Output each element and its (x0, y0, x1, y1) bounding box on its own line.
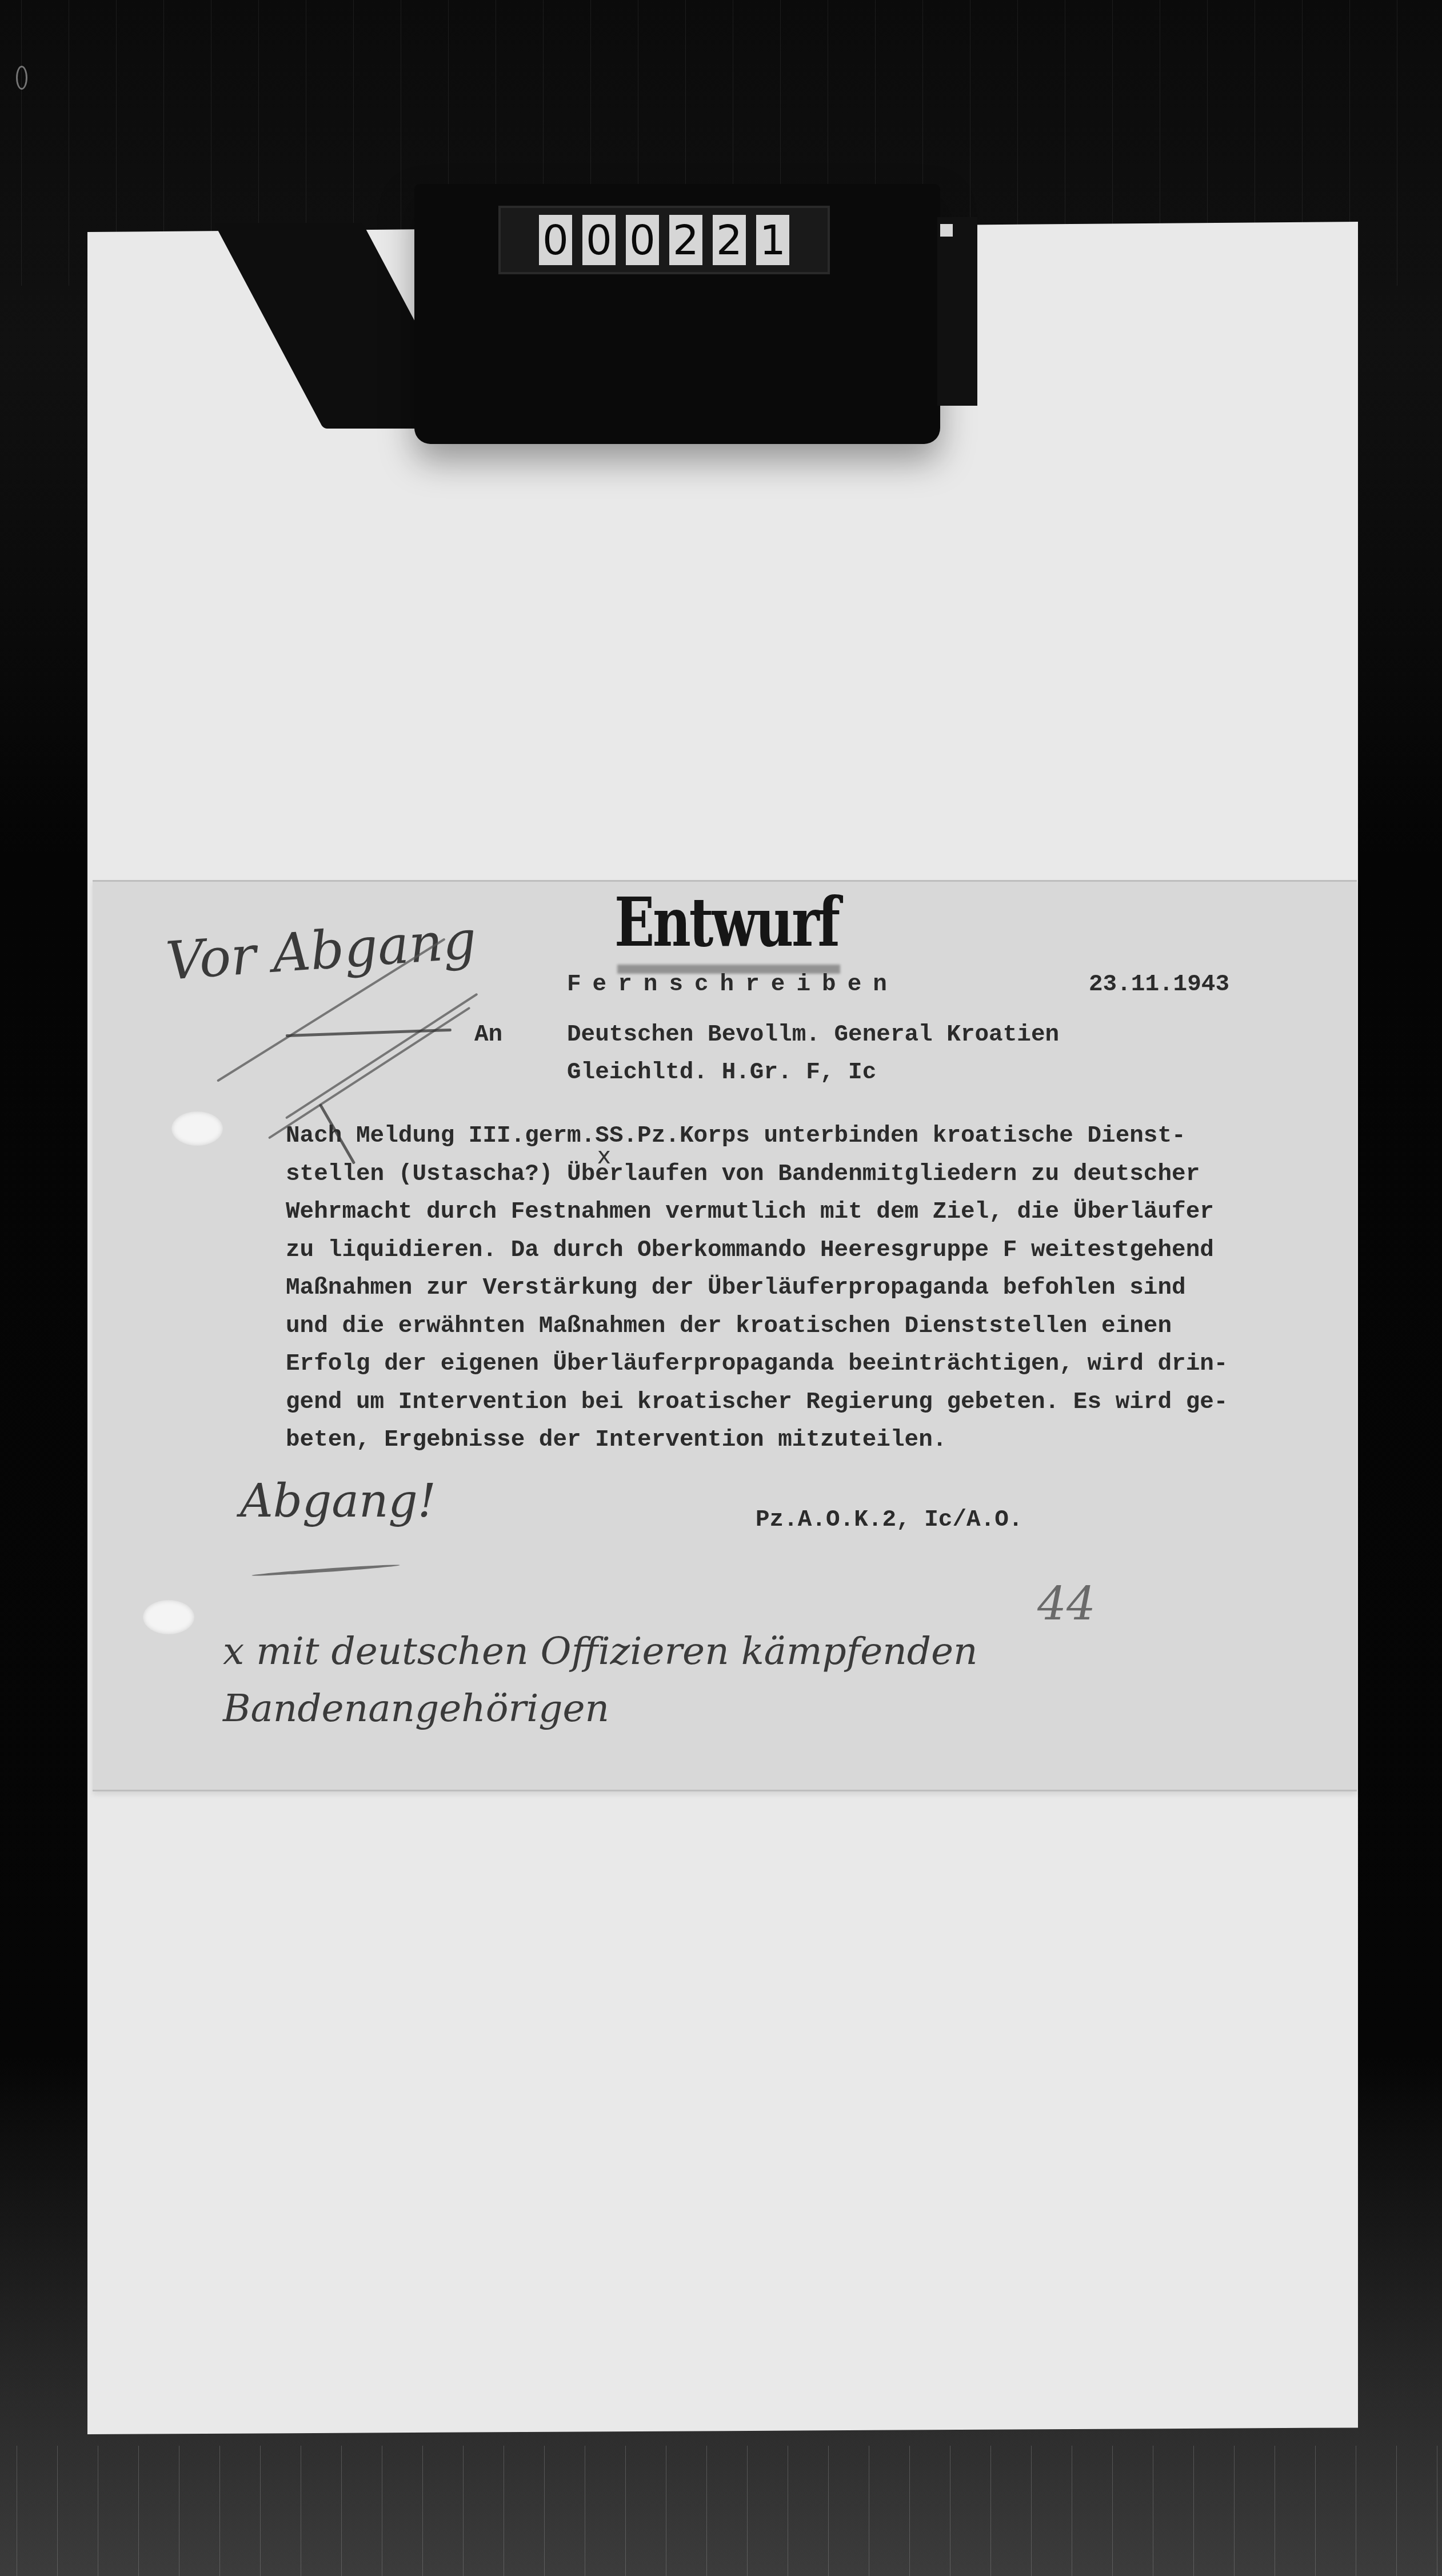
recipient-line: Gleichltd. H.Gr. F, Ic (567, 1059, 876, 1086)
frame-counter-tab (940, 224, 953, 237)
handwritten-initials: 44 (1037, 1577, 1096, 1630)
body-line: gend um Intervention bei kroatischer Reg… (286, 1389, 1228, 1415)
body-line: beten, Ergebnisse der Intervention mitzu… (286, 1427, 946, 1453)
handwritten-footnote: x mit deutschen Offizieren kämpfenden Ba… (223, 1623, 978, 1737)
draft-stamp: Entwurf (614, 889, 838, 956)
frame-counter-digit: 0 (626, 215, 659, 265)
sender-signature-block: Pz.A.O.K.2, Ic/A.O. (756, 1501, 1022, 1539)
slip-bottom-edge (93, 1790, 1357, 1791)
film-mark (16, 66, 27, 90)
body-line: stellen (Ustascha?) Überlaufen von Bande… (286, 1161, 1200, 1187)
body-line: Erfolg der eigenen Überläuferpropaganda … (286, 1351, 1228, 1377)
body-line: und die erwähnten Maßnahmen der kroatisc… (286, 1313, 1172, 1339)
recipient-label: An (474, 1016, 502, 1054)
film-scratches-bottom (0, 2446, 1442, 2576)
frame-counter-digit: 0 (582, 215, 616, 265)
frame-counter: 0 0 0 2 2 1 (498, 206, 830, 274)
document-heading: Fernschreiben (567, 966, 898, 1003)
frame-counter-digit: 2 (669, 215, 702, 265)
frame-counter-digit: 2 (713, 215, 746, 265)
footnote-line: x mit deutschen Offizieren kämpfenden (223, 1629, 978, 1673)
handwritten-note-abgang: Abgang! (240, 1474, 436, 1527)
frame-counter-digit: 0 (539, 215, 572, 265)
punch-hole-icon (143, 1600, 194, 1634)
punch-hole-icon (171, 1111, 223, 1146)
recipient-block: Deutschen Bevollm. General Kroatien Glei… (567, 1016, 1059, 1091)
recipient-line: Deutschen Bevollm. General Kroatien (567, 1022, 1059, 1048)
footnote-line: Bandenangehörigen (223, 1686, 609, 1730)
body-line: zu liquidieren. Da durch Oberkommando He… (286, 1237, 1214, 1263)
document-date: 23.11.1943 (1089, 966, 1229, 1003)
insertion-mark: x (597, 1143, 611, 1169)
body-line: Nach Meldung III.germ.SS.Pz.Korps unterb… (286, 1123, 1186, 1149)
message-body: Nach Meldung III.germ.SS.Pz.Korps unterb… (286, 1117, 1228, 1459)
body-line: Wehrmacht durch Festnahmen vermutlich mi… (286, 1199, 1214, 1225)
frame-counter-side-knob (937, 217, 977, 406)
frame-counter-digit: 1 (756, 215, 789, 265)
slip-top-edge (93, 880, 1357, 882)
body-line: Maßnahmen zur Verstärkung der Überläufer… (286, 1275, 1186, 1301)
